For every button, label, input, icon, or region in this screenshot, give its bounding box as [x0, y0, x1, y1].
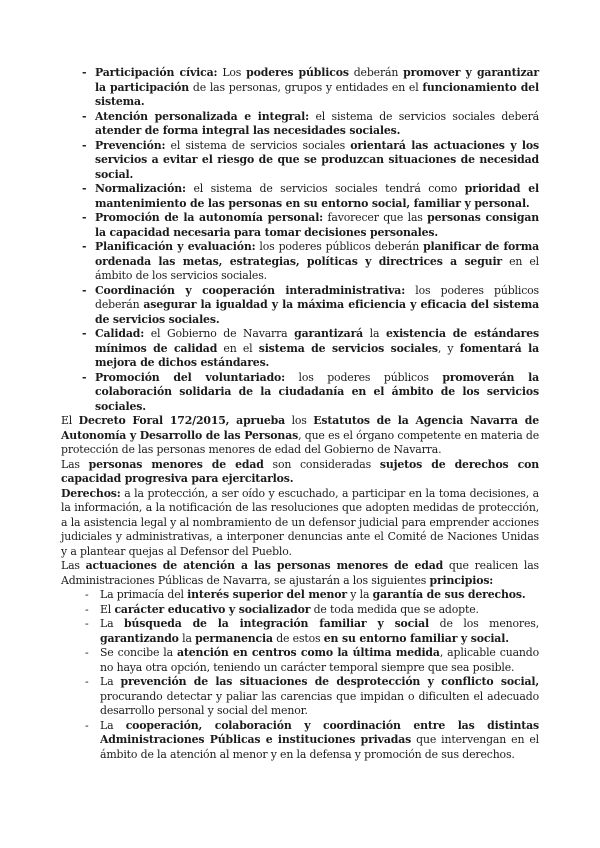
list-item-text: Planificación y evaluación: los poderes …: [95, 240, 539, 282]
list-item: -La búsqueda de la integración familiar …: [61, 617, 539, 646]
list-item: -Atención personalizada e integral: el s…: [61, 110, 539, 139]
dash-marker: -: [82, 240, 86, 255]
list-item-text: Promoción del voluntariado: los poderes …: [95, 371, 539, 413]
dash-marker: -: [82, 139, 86, 154]
document-text-block: -Participación cívica: Los poderes públi…: [61, 66, 539, 762]
list-item: -Coordinación y cooperación interadminis…: [61, 284, 539, 328]
dash-marker: -: [85, 617, 89, 632]
dash-marker: -: [85, 588, 89, 603]
list-item: -El carácter educativo y socializador de…: [61, 603, 539, 618]
list-item-text: Promoción de la autonomía personal: favo…: [95, 211, 539, 239]
list-item-text: Normalización: el sistema de servicios s…: [95, 182, 539, 210]
list-item: -La cooperación, colaboración y coordina…: [61, 719, 539, 763]
list-item: -Participación cívica: Los poderes públi…: [61, 66, 539, 110]
dash-marker: -: [85, 603, 89, 618]
dash-marker: -: [82, 284, 86, 299]
list-item-text: Atención personalizada e integral: el si…: [95, 110, 539, 138]
list-item: -La primacía del interés superior del me…: [61, 588, 539, 603]
list-item: -Calidad: el Gobierno de Navarra garanti…: [61, 327, 539, 371]
list-item: -La prevención de las situaciones de des…: [61, 675, 539, 719]
dash-marker: -: [82, 371, 86, 386]
list-item-text: La cooperación, colaboración y coordinac…: [100, 719, 539, 761]
document-page: -Participación cívica: Los poderes públi…: [0, 0, 600, 848]
list-item-text: Participación cívica: Los poderes públic…: [95, 66, 539, 108]
list-item-text: La prevención de las situaciones de desp…: [100, 675, 539, 717]
dash-marker: -: [82, 182, 86, 197]
list-item: -Prevención: el sistema de servicios soc…: [61, 139, 539, 183]
dash-marker: -: [82, 66, 86, 81]
paragraph-derechos: Derechos: a la protección, a ser oído y …: [61, 487, 539, 560]
dash-marker: -: [82, 110, 86, 125]
dash-marker: -: [85, 675, 89, 690]
list-item-text: Calidad: el Gobierno de Navarra garantiz…: [95, 327, 539, 369]
paragraph-actuaciones-principios: Las actuaciones de atención a las person…: [61, 559, 539, 588]
list-item-text: El carácter educativo y socializador de …: [100, 603, 479, 616]
paragraph-decreto-foral: El Decreto Foral 172/2015, aprueba los E…: [61, 414, 539, 458]
list-item: -Promoción del voluntariado: los poderes…: [61, 371, 539, 415]
list-item-text: Coordinación y cooperación interadminist…: [95, 284, 539, 326]
principles-list: -Participación cívica: Los poderes públi…: [61, 66, 539, 414]
dash-marker: -: [85, 646, 89, 661]
list-item-text: La primacía del interés superior del men…: [100, 588, 526, 601]
list-item: -Planificación y evaluación: los poderes…: [61, 240, 539, 284]
paragraph-menores-sujetos-derechos: Las personas menores de edad son conside…: [61, 458, 539, 487]
list-item-text: La búsqueda de la integración familiar y…: [100, 617, 539, 645]
list-item: -Normalización: el sistema de servicios …: [61, 182, 539, 211]
list-item: -Se concibe la atención en centros como …: [61, 646, 539, 675]
minors-principles-list: -La primacía del interés superior del me…: [61, 588, 539, 762]
list-item-text: Prevención: el sistema de servicios soci…: [95, 139, 539, 181]
list-item-text: Se concibe la atención en centros como l…: [100, 646, 539, 674]
dash-marker: -: [85, 719, 89, 734]
dash-marker: -: [82, 211, 86, 226]
list-item: -Promoción de la autonomía personal: fav…: [61, 211, 539, 240]
dash-marker: -: [82, 327, 86, 342]
